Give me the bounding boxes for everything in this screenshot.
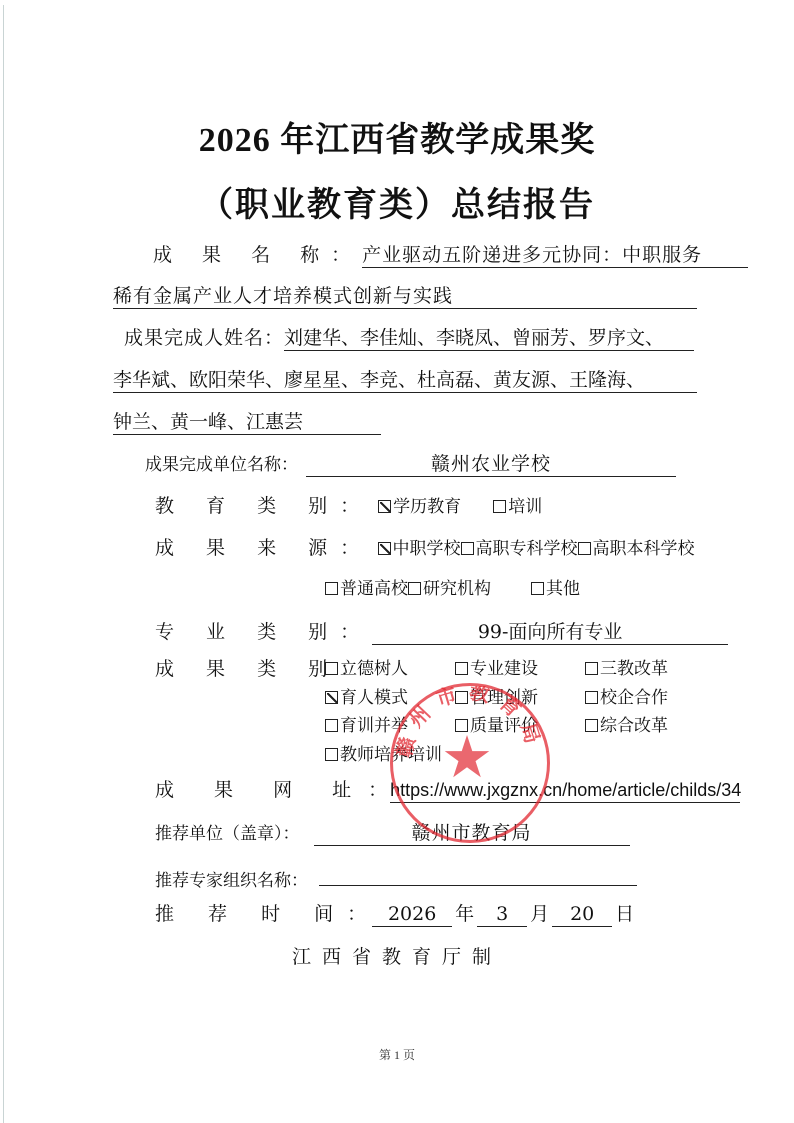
- completers-value-2: 李华斌、欧阳荣华、廖星星、李竞、杜高磊、黄友源、王隆海、: [113, 368, 697, 393]
- date-label: 推 荐 时 间：: [155, 902, 380, 926]
- source-row-2: 普通高校研究机构其他: [325, 577, 580, 601]
- expert-group-label: 推荐专家组织名称：: [155, 869, 308, 893]
- date-row: 推 荐 时 间：2026年3月20日: [155, 902, 637, 927]
- checkbox-icon[interactable]: [455, 662, 468, 675]
- checkbox-icon[interactable]: [585, 691, 598, 704]
- category-options-2: 育人模式管理创新校企合作: [325, 686, 668, 710]
- option-comprehensive-reform[interactable]: 综合改革: [585, 714, 668, 738]
- date-year: 2026: [372, 902, 452, 927]
- option-other[interactable]: 其他: [531, 577, 580, 601]
- completers-row-2: 李华斌、欧阳荣华、廖星星、李竞、杜高磊、黄友源、王隆海、: [113, 368, 697, 393]
- option-specialty-building[interactable]: 专业建设: [455, 657, 585, 681]
- achievement-name-label: 成 果 名 称：: [153, 243, 362, 267]
- option-research-institute[interactable]: 研究机构: [408, 577, 491, 601]
- checkbox-icon[interactable]: [325, 662, 338, 675]
- option-general-university[interactable]: 普通高校: [325, 577, 408, 601]
- url-value[interactable]: https://www.jxgznx.cn/home/article/child…: [390, 778, 740, 803]
- checkbox-icon[interactable]: [585, 719, 598, 732]
- achievement-name-value-1: 产业驱动五阶递进多元协同：中职服务: [362, 243, 748, 268]
- option-secondary-vocational[interactable]: 中职学校: [378, 537, 461, 561]
- option-academic-education[interactable]: 学历教育: [378, 495, 461, 519]
- checkbox-checked-icon[interactable]: [325, 691, 338, 704]
- checkbox-icon[interactable]: [493, 500, 506, 513]
- major-label: 专 业 类 别：: [155, 620, 372, 644]
- expert-group-value[interactable]: [319, 861, 637, 886]
- major-row: 专 业 类 别：99-面向所有专业: [155, 620, 728, 645]
- checkbox-icon[interactable]: [578, 542, 591, 555]
- education-type-label: 教 育 类 别：: [155, 494, 372, 518]
- education-type-row: 教 育 类 别： 学历教育 培训: [155, 494, 542, 519]
- completers-row: 成果完成人姓名：刘建华、李佳灿、李晓凤、曾丽芳、罗序文、: [124, 326, 694, 351]
- checkbox-icon[interactable]: [531, 582, 544, 595]
- achievement-name-row-2: 稀有金属产业人才培养模式创新与实践: [113, 284, 697, 309]
- recommender-value: 赣州市教育局: [314, 821, 630, 846]
- unit-value: 赣州农业学校: [306, 452, 676, 477]
- completers-row-3: 钟兰、黄一峰、江惠芸: [113, 410, 381, 435]
- option-management-innovation[interactable]: 管理创新: [455, 686, 585, 710]
- year-unit: 年: [455, 903, 474, 925]
- option-training[interactable]: 培训: [493, 495, 542, 519]
- option-quality-evaluation[interactable]: 质量评价: [455, 714, 585, 738]
- achievement-name-row: 成 果 名 称：产业驱动五阶递进多元协同：中职服务: [153, 243, 748, 268]
- option-vocational-undergrad[interactable]: 高职本科学校: [578, 537, 695, 561]
- category-options-4: 教师培养培训: [325, 743, 442, 767]
- category-options-1: 立德树人专业建设三教改革: [325, 657, 668, 681]
- option-three-reforms[interactable]: 三教改革: [585, 657, 668, 681]
- checkbox-icon[interactable]: [585, 662, 598, 675]
- title-line-1: 2026 年江西省教学成果奖: [0, 112, 794, 161]
- checkbox-icon[interactable]: [325, 748, 338, 761]
- month-unit: 月: [530, 903, 549, 925]
- option-school-enterprise[interactable]: 校企合作: [585, 686, 668, 710]
- checkbox-icon[interactable]: [461, 542, 474, 555]
- date-day: 20: [552, 902, 612, 927]
- unit-label: 成果完成单位名称：: [145, 453, 298, 477]
- checkbox-checked-icon[interactable]: [378, 542, 391, 555]
- url-row: 成 果 网 址：https://www.jxgznx.cn/home/artic…: [155, 778, 740, 803]
- recommender-label: 推荐单位（盖章）：: [155, 822, 300, 846]
- checkbox-icon[interactable]: [325, 719, 338, 732]
- completers-value-3: 钟兰、黄一峰、江惠芸: [113, 410, 381, 435]
- option-moral-education[interactable]: 立德树人: [325, 657, 455, 681]
- page-number: 第 1 页: [0, 1046, 794, 1063]
- title-line-2: （职业教育类）总结报告: [0, 177, 794, 226]
- checkbox-icon[interactable]: [408, 582, 421, 595]
- url-label: 成 果 网 址：: [155, 778, 404, 802]
- option-education-model[interactable]: 育人模式: [325, 686, 455, 710]
- major-value: 99-面向所有专业: [372, 620, 728, 645]
- source-row: 成 果 来 源： 中职学校高职专科学校高职本科学校: [155, 536, 695, 561]
- unit-row: 成果完成单位名称：赣州农业学校: [145, 452, 676, 477]
- completers-value-1: 刘建华、李佳灿、李晓凤、曾丽芳、罗序文、: [284, 326, 694, 351]
- option-teacher-training[interactable]: 教师培养培训: [325, 743, 442, 767]
- date-month: 3: [477, 902, 527, 927]
- completers-label: 成果完成人姓名：: [124, 326, 284, 350]
- checkbox-icon[interactable]: [325, 582, 338, 595]
- checkbox-icon[interactable]: [455, 719, 468, 732]
- option-higher-vocational[interactable]: 高职专科学校: [461, 537, 578, 561]
- achievement-name-value-2: 稀有金属产业人才培养模式创新与实践: [113, 284, 697, 309]
- option-education-training[interactable]: 育训并举: [325, 714, 455, 738]
- category-options-3: 育训并举质量评价综合改革: [325, 714, 668, 738]
- recommender-row: 推荐单位（盖章）：赣州市教育局: [155, 821, 630, 846]
- expert-group-row: 推荐专家组织名称：: [155, 861, 637, 893]
- day-unit: 日: [615, 903, 634, 925]
- checkbox-checked-icon[interactable]: [378, 500, 391, 513]
- issuer-text: 江西省教育厅制: [0, 942, 794, 969]
- checkbox-icon[interactable]: [455, 691, 468, 704]
- source-label: 成 果 来 源：: [155, 536, 372, 560]
